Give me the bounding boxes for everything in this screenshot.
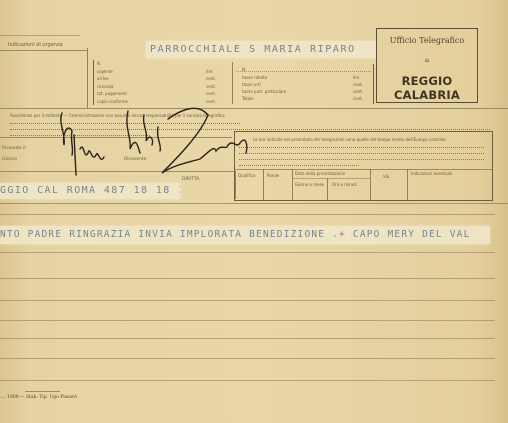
rate-unit: cent. <box>353 89 363 94</box>
footer-imprint: ..., 1909 — Stab. Tip. Ugo Pissarè <box>0 395 77 400</box>
rate-label: tasse urti <box>242 82 261 87</box>
rate-unit: cent. <box>206 76 216 81</box>
rate-unit: cent. <box>206 99 216 104</box>
office-city: REGGIO CALABRIA <box>377 74 477 102</box>
rate-label: tasse ridotte <box>242 75 267 80</box>
col-data: Data della presentazione <box>295 171 345 176</box>
subcol-giorno: Giorno e mese <box>295 182 324 187</box>
rate-unit: cent. <box>353 82 363 87</box>
ruled-line <box>0 278 495 279</box>
rate-label: arrivo <box>97 76 109 81</box>
ruled-line <box>0 320 495 321</box>
col-divider <box>407 169 408 200</box>
rate-unit: cent. <box>206 91 216 96</box>
subcol-ora: Ora e minuti <box>332 182 357 187</box>
col-divider <box>370 169 371 200</box>
rate-label: Totale <box>242 96 254 101</box>
col-via: Via <box>383 174 389 179</box>
rate-unit: lire <box>353 75 359 80</box>
rate-label: urgente <box>97 69 113 74</box>
urgency-label: Indicazioni di urgenza <box>8 43 63 48</box>
col-indicazioni: Indicazioni eventuali <box>411 171 452 176</box>
footer-short-line <box>25 391 60 392</box>
ruled-line <box>0 358 495 359</box>
header-section-bottom <box>0 203 508 204</box>
rate-label: N. <box>242 67 246 72</box>
left-rate-table: N. urgentelire arrivocent. ricevutacent.… <box>93 60 230 105</box>
rate-label: ricevuta <box>97 84 113 89</box>
subcol-divider <box>327 178 328 200</box>
ruled-line <box>0 300 495 301</box>
subheader-line <box>292 178 370 179</box>
ruled-line <box>0 252 495 253</box>
sender-strip: PARROCCHIALE S MARIA RIPARO <box>146 41 376 58</box>
urgency-divider <box>0 50 87 51</box>
ruled-line <box>0 338 495 339</box>
station-label: Giorno <box>2 157 17 162</box>
dotted-line <box>236 71 371 72</box>
urgency-divider-top <box>0 35 80 36</box>
rate-unit: lire <box>206 69 212 74</box>
rate-label: tasse part. particolare <box>242 89 286 94</box>
office-stamp-box: Ufficio Telegrafico di REGGIO CALABRIA <box>376 28 478 103</box>
rate-label: N. <box>97 61 101 66</box>
preamble-strip: GGIO CAL ROMA 487 18 18 18 <box>0 183 180 199</box>
header-left-divider <box>87 48 88 108</box>
rate-table-divider <box>232 62 233 104</box>
ruled-line <box>0 380 495 381</box>
handwritten-signature-icon <box>50 105 290 185</box>
message-strip: NTO PADRE RINGRAZIA INVIA IMPLORATA BENE… <box>0 226 490 244</box>
rate-label: tot. pagamenti <box>97 91 127 96</box>
ruled-line <box>0 214 495 215</box>
rate-unit: cent. <box>353 96 363 101</box>
office-title: Ufficio Telegrafico <box>377 36 477 45</box>
telegram-paper: Indicazioni di urgenza PARROCCHIALE S MA… <box>0 0 508 423</box>
received-label: Ricevuto il <box>2 146 26 151</box>
rate-label: copia conforme <box>97 99 128 104</box>
rate-unit: cent. <box>206 84 216 89</box>
col-divider <box>292 169 293 200</box>
right-rate-table: N. tasse ridotte lire tasse urti cent. t… <box>236 64 374 104</box>
office-preposition: di <box>377 58 477 64</box>
